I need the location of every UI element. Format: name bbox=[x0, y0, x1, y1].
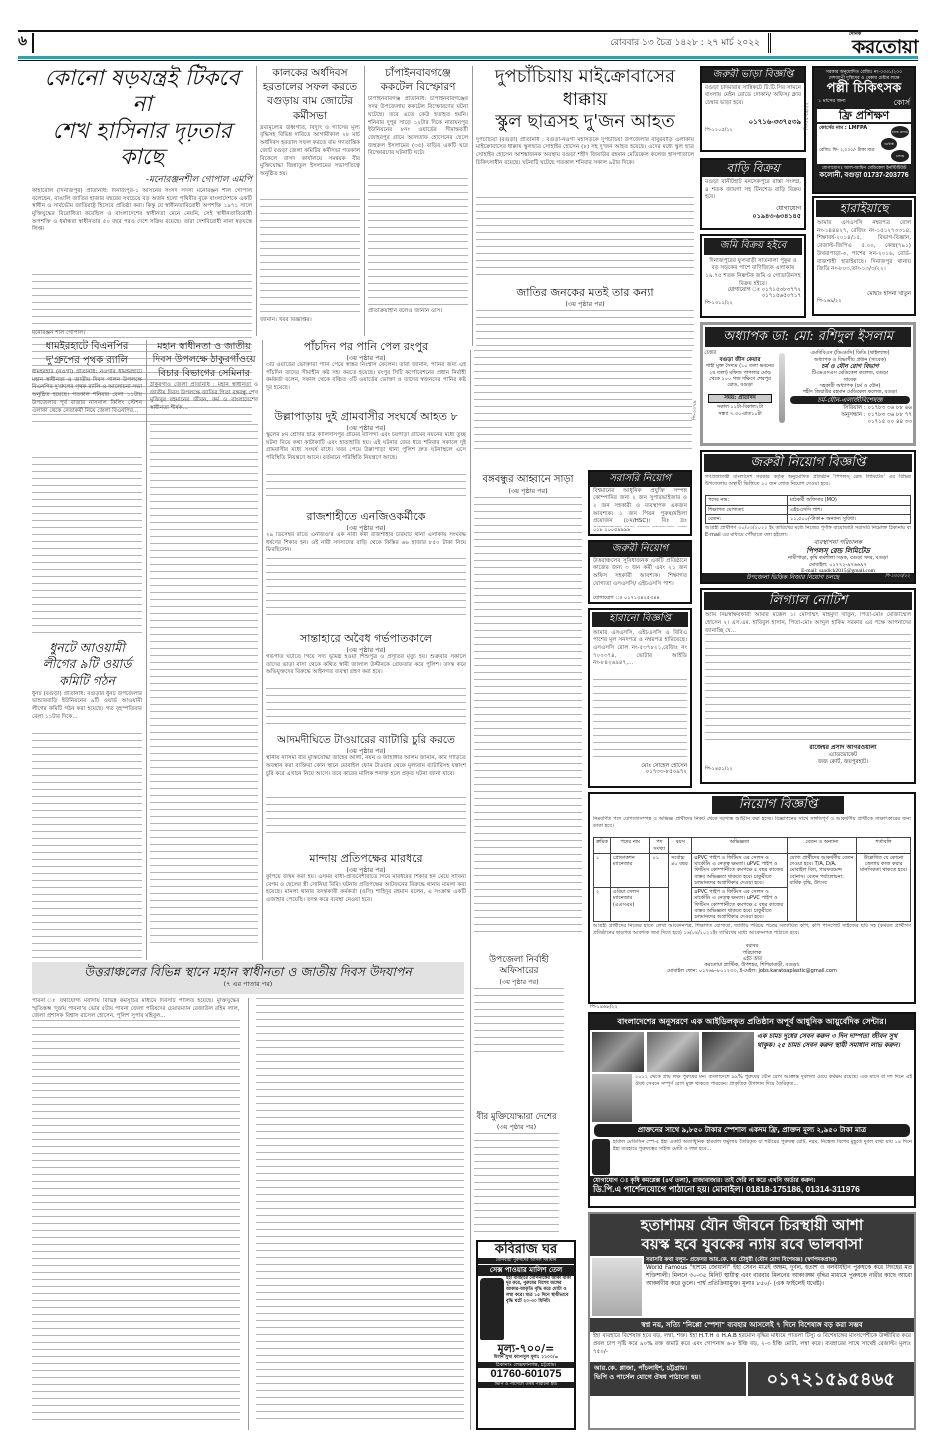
ad-legal-notice-title: লিগ্যাল নোটিশ bbox=[704, 592, 912, 610]
dhunat-headline[interactable]: ধুনটে আওয়ামী লীগের ৯টি ওয়ার্ড কমিটি গঠ… bbox=[32, 640, 142, 689]
ad-doctor-specialty: চর্ম-যৌন-এলার্জীবিশেষজ্ঞ bbox=[790, 396, 910, 404]
cell-count: ০১ bbox=[650, 853, 669, 887]
cocktail-headline[interactable]: চাঁপাইনবাবগঞ্জে ককটেল বিস্ফোরণ bbox=[368, 66, 468, 94]
ad-doctor-body: চেম্বার বগুড়া জীন কেয়ার শাহী মুক্ত সৈদ… bbox=[703, 349, 913, 427]
bangabandhu-body bbox=[474, 497, 582, 937]
dhamoirhat-lede: ধামইরহাট (নওগাঁ) প্রতিনিধি: নওগাঁর ধামইর… bbox=[32, 369, 142, 455]
cocktail-closing: প্রতিক্রিয়াহীন বলেও জানান ওসি। bbox=[368, 308, 468, 316]
bangabandhu-continued: (৩য় পৃষ্ঠার পর) bbox=[474, 487, 582, 495]
ad-lost-2-title: হারানো বিজ্ঞপ্তি bbox=[592, 612, 688, 627]
ad-ayurvedic-body-row: ২০১২ থেকে প্রায় লক্ষ পুরুষের মন। বাংলাদ… bbox=[590, 1074, 914, 1122]
ad-urgent-hiring[interactable]: জরুরী নিয়োগ বিজ্ঞপ্তি গণপ্রজাতন্ত্রী বা… bbox=[700, 450, 916, 584]
story-bangabandhu: বঙ্গবন্ধুর আহ্বানে সাড়া (৩য় পৃষ্ঠার পর… bbox=[474, 474, 582, 954]
ad-land-title: জমি বিক্রয় হইবে bbox=[704, 238, 802, 255]
adamdighi-headline[interactable]: আদমদীঘিতে টাওয়ারের ব্যাটারি চুরি করতে bbox=[266, 734, 466, 747]
freedom-fighters-continued: (৩য় পৃষ্ঠার পর) bbox=[474, 1123, 559, 1131]
ad-lost-2[interactable]: হারানো বিজ্ঞপ্তি আমার এসএসসি, এইচএসসি ও … bbox=[588, 608, 692, 788]
lead-headline-line1[interactable]: কোনো ষড়যন্ত্রই টিকবে না bbox=[32, 66, 252, 119]
upazila-body bbox=[474, 988, 564, 1058]
story-freedom-fighters: বীর মুক্তিযোদ্ধারা দেশের (৩য় পৃষ্ঠার পর… bbox=[474, 1112, 559, 1232]
ad-palli-badge-1: হাতে কলমে bbox=[891, 126, 909, 138]
ad-palli-duration-row: ১ মাসের জন্য কোর্স bbox=[814, 98, 914, 108]
bangabandhu-headline[interactable]: বঙ্গবন্ধুর আহ্বানে সাড়া bbox=[474, 474, 582, 487]
hartal-closing: জানান। খবর বিজ্ঞপ্তির। bbox=[260, 317, 360, 325]
ad-doctor-info: এমবিবিএস (ডিএমসি) ডিডি (থাইল্যান্ড) অধ্য… bbox=[787, 349, 913, 427]
column-rule bbox=[262, 340, 263, 960]
ad-lost-2-name: মোঃ সোহেল হোসেন bbox=[590, 763, 690, 770]
ad-urgent-hiring-row: বেতন:১১,৫০০/-টাকা+ অন্যান্য সুবিধা। bbox=[706, 514, 911, 523]
ad-land-ref: পি-১৩১১/২২ bbox=[702, 300, 804, 306]
ad-palli-free: ফ্রি প্রশিক্ষণ bbox=[817, 109, 911, 123]
ad-urgent-hiring-2[interactable]: জরুরী নিয়োগ উত্তরাঞ্চলের সুবিধাজনক একটি… bbox=[588, 540, 692, 604]
ad-legal-notice-court: জজ কোর্ট, জয়পুরহাট। bbox=[772, 759, 914, 766]
page-number: ৬ bbox=[18, 33, 27, 51]
job-table-row: ১ প্রোডাকশন ম্যানেজার ০১ সর্বোচ্চ ৪০ বছর… bbox=[594, 853, 911, 887]
ad-legal-notice-body bbox=[705, 634, 911, 744]
dhunat-lede: ধুনট (বগুড়া) প্রতিনিধি: বগুড়ার ধুনট উপ… bbox=[32, 691, 142, 731]
row-label: বেতন: bbox=[706, 514, 788, 523]
ad-house[interactable]: বাড়ি বিক্রয় বগুড়া বানীটহাট মনসেকপুরে … bbox=[700, 158, 806, 230]
ad-land-phone2: ০১৭১৫৬৫০৭১৭ bbox=[702, 293, 804, 300]
ad-kabiraj-body: ইহা ব্যবহারে গোপনাঙ্গের আঁকা বাঁকা দূর ক… bbox=[506, 1276, 574, 1338]
ad-doctor-serial: সিরিয়াল : ০১৭৮৩ ৩৬ ৮৮ ৬৬ bbox=[788, 405, 912, 412]
ad-kabiraj-subtitle: যৌনবাহী পুরুষদের আসল সমাধান bbox=[478, 1258, 574, 1264]
adamdighi-continued: (৩য় পৃষ্ঠার পর) bbox=[266, 747, 466, 755]
ad-urgent-hiring-row: পদের নাম:মাঠকর্মী অফিসার (MO) bbox=[706, 496, 911, 505]
ad-herbal-banner: স্বপ্ন নয়, সত্যি "নিপ্পো স্পেশা" ব্যবহা… bbox=[590, 1318, 914, 1333]
ad-urgent-hiring-footer: উপজেলা ভিত্তিক নিজার নিয়োগ চলছে পি-১৩০৩… bbox=[702, 573, 914, 583]
ad-ayurvedic-phones: ডি.পি.এ পার্শেলযোগে পাঠানো হয়। মোবাইল। … bbox=[593, 1184, 911, 1195]
ad-doctor-time-label: সময়: প্রতিদিন bbox=[708, 394, 772, 403]
ad-direct-hiring-text: বিশ্বমানের আধুনিক প্রযুক্তি সম্পন্ন কোম্… bbox=[590, 487, 690, 527]
story-dhamoirhat: ধামইরহাটে বিএনপির দু'গ্রুপের পৃথক র‌্যাল… bbox=[32, 340, 142, 640]
rangpur-text: ৩টি ওয়ার্ডের ভোক্তারা পানি পেয়ে স্বস্ত… bbox=[266, 362, 466, 406]
story-upazila: উপজেলা নির্বাহী অফিসারের (৩য় পৃষ্ঠার পর… bbox=[474, 955, 564, 1055]
ad-urgent-hiring-2-title: জরুরী নিয়োগ bbox=[590, 542, 690, 557]
job-table-header: ক্রমিক পদের নাম পদ সংখ্যা বয়স অভিজ্ঞতা … bbox=[594, 838, 911, 854]
ad-palli-ref: পি-১৫৭৯/২২ bbox=[804, 70, 810, 130]
ad-doctor-chamber-name: বগুড়া জীন কেয়ার bbox=[704, 357, 776, 364]
ad-job-notice-footer: আগ্রহী প্রার্থীদের নিজের হাতে লেখা আবেদন… bbox=[590, 923, 914, 943]
ad-job-notice-intro: নিম্নবর্ণিত পদে যোগ্যতাসম্পন্ন ও অভিজ্ঞ … bbox=[590, 816, 914, 836]
ullapara-continued: (৩য় পৃষ্ঠার পর) bbox=[266, 424, 466, 432]
upazila-headline[interactable]: উপজেলা নির্বাহী অফিসারের bbox=[474, 955, 564, 978]
thakurgaon-headline[interactable]: মহান স্বাধীনতা ও জাতীয় দিবস উপলক্ষে ঠাক… bbox=[150, 340, 258, 380]
masthead-rule-top bbox=[18, 30, 918, 32]
ad-ayurvedic-price: প্রাক্তনের সাথে ৯,৮৫০ টাকার স্পেশাল একদম… bbox=[594, 1124, 910, 1137]
ad-herbal-text: সরাসরি কথা বলুন- প্রফেসর আর.কে. ধর চৌধুর… bbox=[644, 1256, 914, 1318]
mandah-text: কুপিয়ে জখম করা হয়। এসময় বাধা-প্রতিবেশ… bbox=[266, 874, 466, 932]
story-adamdighi: আদমদীঘিতে টাওয়ারের ব্যাটারি চুরি করতে (… bbox=[266, 734, 466, 844]
ad-rent-text: বগুড়া চাদমারার সান্নিকটে টি.টি.সির সামন… bbox=[702, 83, 804, 119]
lead-headline-line2[interactable]: শেখ হাসিনার দৃঢ়তার কাছে bbox=[32, 119, 252, 172]
story-thakurgaon: মহান স্বাধীনতা ও জাতীয় দিবস উপলক্ষে ঠাক… bbox=[150, 340, 258, 955]
lead-closing: মনোরঞ্জন শীল গোপাল। bbox=[32, 330, 142, 338]
thakurgaon-body bbox=[150, 424, 258, 944]
masthead-rule-accent bbox=[18, 56, 918, 59]
ad-herbal[interactable]: হতাশাময় যৌন জীবনে চিরস্থায়ী আশা বয়স্ক… bbox=[588, 1212, 916, 1430]
story-daughter: জাতির জনকের মতই তার কন্যা (৩য় পৃষ্ঠার প… bbox=[476, 286, 694, 346]
ad-ayurvedic-tagline: এক চামচ দুধের সেবন করুন ৩ দিন দাম্পত্য জ… bbox=[757, 1032, 912, 1072]
ad-urgent-hiring-2-text: উত্তরাঞ্চলের সুবিধাজনক একটি প্রতিষ্ঠানে … bbox=[590, 557, 690, 595]
ad-urgent-hiring-row: শিক্ষাগত যোগ্যতা:এইচএসসি পাশ। bbox=[706, 505, 911, 514]
header-cell: শর্তাবলি bbox=[857, 838, 911, 854]
ad-ayurvedic-body-row-2: হার্বাল মেডিসিন স্পে-৫ ইহা একটি অত্যাধুন… bbox=[590, 1139, 914, 1175]
cocktail-body bbox=[368, 178, 468, 308]
cell-age: সর্বোচ্চ ৪০ বছর bbox=[669, 853, 692, 922]
ad-kabiraj-title: কবিরাজ ঘর bbox=[478, 1242, 574, 1258]
thakurgaon-lede: ঠাকুরগাঁও জেলা প্রতিনিধি : মহান স্বাধীনত… bbox=[150, 382, 258, 422]
ad-urgent-hiring-note: আগ্রহী প্রার্থীগণ ৩০/০৩/২০২২ ইং তারিখের … bbox=[702, 525, 914, 539]
ad-legal-notice-ref: পি-১৪৫১/২২ bbox=[702, 766, 914, 772]
ad-herbal-headline-1: হতাশাময় যৌন জীবনে চিরস্থায়ী আশা bbox=[590, 1216, 914, 1235]
ad-ayurvedic-body-2: হার্বাল মেডিসিন স্পে-৫ ইহা একটি অত্যাধুন… bbox=[613, 1139, 912, 1175]
north-column-2 bbox=[256, 998, 464, 1430]
ad-job-notice-contact[interactable]: মোবাইল ফোন: ০১৭৬৮-৮০১২৩৩, ই-মেইল: jobs.k… bbox=[590, 968, 914, 974]
ad-doctor-ref: পি-৩৩৭৯ bbox=[692, 380, 698, 420]
ad-lost[interactable]: হারাইয়াছে আমার এসএসসি নম্বরপত্র রোল নং-… bbox=[812, 196, 916, 316]
ad-urgent-hiring-company: পিপলস্ রেন্ড লিমিটেড bbox=[762, 547, 914, 556]
product-photo bbox=[592, 1139, 610, 1175]
masthead-divider bbox=[768, 33, 771, 53]
adamdighi-body bbox=[266, 797, 466, 833]
lead-story: কোনো ষড়যন্ত্রই টিকবে না শেখ হাসিনার দৃঢ… bbox=[32, 66, 252, 336]
ad-direct-hiring[interactable]: সরাসরি নিয়োগ বিশ্বমানের আধুনিক প্রযুক্ত… bbox=[588, 470, 692, 536]
ad-doctor-title: অধ্যাপক ডা: মো: রশিদুল ইসলাম bbox=[705, 327, 911, 347]
ad-land[interactable]: জমি বিক্রয় হইবে দিনাজপুরের ফুলবাড়ী সাত… bbox=[700, 234, 806, 318]
ad-kabiraj-delivery: ভিপি ও পার্সেলে ঔষধ পাঠানো হয়। bbox=[478, 1382, 574, 1388]
ad-legal-notice-title2: এ্যাডভোকেট bbox=[772, 752, 914, 759]
ad-herbal-body-2: ইহা ব্যবহারে বিশেষাঙ্গ হবে বড়, লম্বা, শ… bbox=[590, 1332, 914, 1362]
ad-urgent-hiring-table: পদের নাম:মাঠকর্মী অফিসার (MO) শিক্ষাগত য… bbox=[705, 495, 911, 524]
ad-rent-ref: পি-১২০৫/২২ bbox=[702, 127, 804, 134]
ad-land-text: দিনাজপুরের ফুলবাড়ী সাতনালা পুকুর ও বড় … bbox=[702, 257, 804, 287]
ad-doctor-college2: শহীদ জিয়াউর রহমান মেডিকেল কলেজ, বগুড়া bbox=[788, 389, 912, 395]
row-value: এইচএসসি পাশ। bbox=[788, 505, 911, 514]
photo bbox=[647, 1032, 699, 1072]
ad-ayurvedic[interactable]: বাংলাদেশের অনুসরণে এক আইডিলকৃত প্রতিষ্ঠা… bbox=[588, 1012, 916, 1208]
ad-doctor-pillar-graphic bbox=[779, 353, 785, 423]
dhunat-body bbox=[32, 733, 142, 963]
rajshahi-headline[interactable]: রাজশাহীতে এনজিওকর্মীকে bbox=[266, 510, 466, 524]
microbus-headline-line1[interactable]: দুপচাঁচিয়ায় মাইক্রোবাসের ধাক্কায় bbox=[476, 66, 694, 111]
story-bangabandhu-text-top bbox=[474, 350, 692, 450]
ad-rent-title: জরুরী ভাড়া বিজ্ঞপ্তি bbox=[702, 68, 804, 83]
santahar-headline[interactable]: সান্তাহারে অবৈধ গর্ভপাতকালে bbox=[266, 632, 466, 646]
ad-job-notice[interactable]: নিয়োগ বিজ্ঞপ্তি নিম্নবর্ণিত পদে যোগ্যতা… bbox=[588, 792, 916, 1004]
ad-direct-hiring-title: সরাসরি নিয়োগ bbox=[590, 472, 690, 487]
ad-kabiraj-product: সেক্স পাওয়ার মালিশ তেল bbox=[478, 1265, 574, 1276]
ad-job-notice-title: নিয়োগ বিজ্ঞপ্তি bbox=[712, 796, 844, 814]
header-cell: অভিজ্ঞতা bbox=[692, 838, 787, 854]
ad-palli-title: পল্লী চিকিৎসক bbox=[814, 81, 914, 97]
north-column-1: পাবনা ঃ যথাযোগ্য মর্যাদায় বিভিন্ন কর্মস… bbox=[32, 998, 240, 1430]
column-rule bbox=[256, 66, 257, 336]
story-north-body: পাবনা ঃ যথাযোগ্য মর্যাদায় বিভিন্ন কর্মস… bbox=[32, 998, 464, 1430]
story-cocktail: চাঁপাইনবাবগঞ্জে ককটেল বিস্ফোরণ চাঁপাইনবা… bbox=[368, 66, 468, 336]
rangpur-continued: (৩য় পৃষ্ঠার পর) bbox=[266, 354, 466, 362]
adamdighi-text: স্থানীয় নাসিমা বীর মুক্তিযোদ্ধা জাহের আ… bbox=[266, 755, 466, 797]
photo bbox=[702, 1032, 754, 1072]
ad-land-phone1: যোগাযোগ ঃ ০১৭১৫৩৮৩৭৭২ bbox=[702, 287, 804, 294]
ad-herbal-header: হতাশাময় যৌন জীবনে চিরস্থায়ী আশা বয়স্ক… bbox=[590, 1214, 914, 1256]
ullapara-headline[interactable]: উল্লাপাড়ায় দুই গ্রামবাসীর সংঘর্ষে আহত … bbox=[266, 410, 466, 424]
ad-lost-ref: পি-১৬৯/২২ bbox=[814, 298, 914, 304]
story-north-banner: উত্তরাঞ্চলের বিভিন্ন স্থানে মহান স্বাধীন… bbox=[32, 962, 464, 994]
column-rule bbox=[248, 998, 249, 1430]
ad-ayurvedic-banner: বাংলাদেশের অনুসরণে এক আইডিলকৃত প্রতিষ্ঠা… bbox=[590, 1014, 914, 1030]
cell-post: এরিয়া সেলস ম্যানেজার (এএসএম) bbox=[610, 888, 650, 922]
ad-rent[interactable]: জরুরী ভাড়া বিজ্ঞপ্তি বগুড়া চাদমারার সা… bbox=[700, 66, 806, 152]
cell-experience: uPVC পাইপ ও ফিটিংস এর সেলস ও মার্কেটিং এ… bbox=[692, 853, 787, 887]
upazila-continued: (৩য় পৃষ্ঠার পর) bbox=[474, 978, 564, 986]
ad-direct-hiring-phone: ০১৮ ২০০৫৯৯৯৯ bbox=[590, 527, 690, 533]
ad-lost-title: হারাইয়াছে bbox=[816, 200, 912, 217]
ad-kabiraj-body-row: ইহা ব্যবহারে গোপনাঙ্গের আঁকা বাঁকা দূর ক… bbox=[478, 1276, 574, 1342]
header-cell: পদ সংখ্যা bbox=[650, 838, 669, 854]
dhamoirhat-headline[interactable]: ধামইরহাটে বিএনপির দু'গ্রুপের পৃথক র‌্যাল… bbox=[32, 340, 142, 367]
bottle-icon bbox=[480, 1278, 504, 1340]
ad-lost-2-body bbox=[593, 679, 687, 763]
microbus-headline-line2[interactable]: স্কুল ছাত্রসহ দু'জন আহত bbox=[476, 111, 694, 134]
ad-herbal-footer-left: আর.কে. প্লাজা, পাঁচলাইশ, চট্টগ্রাম। ভিপি… bbox=[590, 1362, 746, 1396]
ad-house-title: বাড়ি বিক্রয় bbox=[702, 160, 804, 177]
cell-no: ১ bbox=[594, 853, 611, 887]
daughter-headline[interactable]: জাতির জনকের মতই তার কন্যা bbox=[476, 286, 694, 300]
ad-house-text: বগুড়া বানীটহাট মনসেকপুরে রাস্তা সংলগ্ন,… bbox=[702, 177, 804, 205]
hartal-headline[interactable]: কালকের অর্ধদিবস হরতালের সফল করতে বগুড়ায… bbox=[260, 66, 360, 123]
cocktail-lede: চাঁপাইনবাবগঞ্জ প্রতিনিধি: চাঁপাইনবাবগঞ্জ… bbox=[368, 96, 468, 176]
ad-legal-notice-text: আমি নিম্নস্বাক্ষরকারী আমার মক্কেল ১। মোস… bbox=[702, 612, 914, 634]
lead-lede: কাহারোল (দিনাজপুর) প্রতিনিধি: দিনাজপুর-১… bbox=[32, 188, 252, 272]
north-body-1 bbox=[32, 1020, 240, 1424]
ad-job-notice-table: ক্রমিক পদের নাম পদ সংখ্যা বয়স অভিজ্ঞতা … bbox=[593, 837, 911, 922]
santahar-text: গর্ভপাত ঘটাতে গিয়ে সদ্য ভূমিষ্ঠ হওয়া শ… bbox=[266, 654, 466, 688]
north-body-2 bbox=[256, 998, 464, 1424]
story-dhunat: ধুনটে আওয়ামী লীগের ৯টি ওয়ার্ড কমিটি গঠ… bbox=[32, 640, 142, 960]
ad-urgent-hiring-intro: গণপ্রজাতন্ত্রী বাংলাদেশ সরকার কর্তৃক অনু… bbox=[702, 474, 914, 494]
ad-kabiraj[interactable]: কবিরাজ ঘর যৌনবাহী পুরুষদের আসল সমাধান সে… bbox=[476, 1240, 576, 1430]
north-lede: পাবনা ঃ যথাযোগ্য মর্যাদায় বিভিন্ন কর্মস… bbox=[32, 998, 240, 1020]
ad-herbal-phone: ০১৭২১৫৯৫৪৬৫ bbox=[748, 1362, 914, 1396]
mandah-continued: (৩য় পৃষ্ঠার পর) bbox=[266, 866, 466, 874]
hartal-body bbox=[260, 199, 360, 317]
ad-ayurvedic-contact-bar: যোগাযোগ ঃ কৃষি কমপ্লেক্স (৪র্থ তলা), রাজ… bbox=[590, 1176, 914, 1196]
microbus-lede: দুপচাঁচিয়া (বগুড়া) প্রতিনিধি : বগুড়া-… bbox=[476, 137, 694, 195]
row-value: মাঠকর্মী অফিসার (MO) bbox=[788, 496, 911, 505]
issue-date: রোববার ১৩ চৈত্র ১৪২৮ : ২৭ মার্চ ২০২২ bbox=[300, 38, 760, 49]
ad-palli-duration: ১ মাসের জন্য bbox=[818, 98, 846, 108]
column-rule bbox=[364, 66, 365, 336]
story-ullapara: উল্লাপাড়ায় দুই গ্রামবাসীর সংঘর্ষে আহত … bbox=[266, 410, 466, 510]
ad-house-phone: ০১৯৪৩-৬৩৪১৪৫ bbox=[702, 213, 804, 221]
cell-no: ২ bbox=[594, 888, 611, 922]
row-value: ১১,৫০০/-টাকা+ অন্যান্য সুবিধা। bbox=[788, 514, 911, 523]
freedom-fighters-body bbox=[474, 1133, 559, 1233]
ad-job-notice-ref: পি-১৪৬৮/২২ bbox=[590, 1004, 618, 1010]
cell-count bbox=[650, 888, 669, 922]
ad-palli-top: সরকার অনুমোদিত রেজিঃ নং-০৩৩১/২০০ bbox=[814, 68, 914, 76]
rajshahi-text: ২৯ ডিসেম্বর রাতে এনজিও'র এক নারী কর্মী র… bbox=[266, 532, 466, 558]
ad-urgent-hiring-2-phone: যোগাযোগ ঃ ০১৭১৩৪২৫৩৪৪ bbox=[590, 595, 690, 601]
cell-terms: উল্লেখিত যে কোনো জেলায় কাজ করার মানসিকত… bbox=[857, 853, 911, 922]
ad-lost-2-phone: ০১৭৩৩-৮৫০৯৭২ bbox=[590, 769, 690, 776]
cell-experience: uPVC পাইপ ও ফিটিংস এর সেলস ও মার্কেটিং এ… bbox=[692, 888, 787, 922]
ad-urgent-hiring-ref: পি-১৩০৩/২২ bbox=[885, 574, 910, 582]
ullapara-body bbox=[266, 474, 466, 502]
hartal-lede: দ্রব্যমূল্যের ঊর্ধ্বগতি, বিদ্যুৎ ও গ্যাস… bbox=[260, 125, 360, 197]
rajshahi-body bbox=[266, 558, 466, 620]
ad-ayurvedic-body: ২০১২ থেকে প্রায় লক্ষ পুরুষের মন। বাংলাদ… bbox=[635, 1074, 912, 1122]
photo bbox=[592, 1032, 644, 1072]
story-mandah: মান্দায় প্রতিপক্ষের মারধরে (৩য় পৃষ্ঠার… bbox=[266, 852, 466, 958]
header-cell: ক্রমিক bbox=[594, 838, 611, 854]
mandah-headline[interactable]: মান্দায় প্রতিপক্ষের মারধরে bbox=[266, 852, 466, 866]
north-headline[interactable]: উত্তরাঞ্চলের বিভিন্ন স্থানে মহান স্বাধীন… bbox=[32, 962, 464, 980]
ad-urgent-hiring-signer: ব্যবস্থাপনা পরিচালক bbox=[762, 539, 914, 547]
ad-urgent-hiring-footer-text: উপজেলা ভিত্তিক নিজার নিয়োগ চলছে bbox=[746, 574, 839, 582]
ad-lost-2-text: আমার এসএসসি, এইচএসসি ও বিবিএ পাশের মূল স… bbox=[590, 629, 690, 679]
ad-rent-phone: ০১৭১৬-৩৩৭৫৩৯ bbox=[702, 119, 804, 128]
ad-kabiraj-phone: 01760-601075 bbox=[478, 1368, 574, 1382]
ad-legal-notice[interactable]: লিগ্যাল নোটিশ আমি নিম্নস্বাক্ষরকারী আমার… bbox=[700, 588, 916, 784]
santahar-continued: (৩য় পৃষ্ঠার পর) bbox=[266, 646, 466, 654]
ad-palli-chikitsak[interactable]: সরকার অনুমোদিত রেজিঃ নং-০৩৩১/২০০ দেশব্যা… bbox=[812, 66, 916, 194]
ad-kabiraj-note: মিলন সুখা ক্যাপসুল মূল্য: ১১০০/= bbox=[478, 1355, 574, 1361]
ad-doctor-enquiry2: ০১৭১৫ ০০ ৪৪ ৩৩ bbox=[788, 419, 912, 426]
ad-kabiraj-price: মূল্য-৭০০/= bbox=[478, 1342, 574, 1356]
microbus-body bbox=[476, 197, 694, 275]
ad-lost-name: মোছাঃ হাসনা খাতুন bbox=[814, 291, 914, 298]
masthead-rule-bottom bbox=[18, 60, 918, 61]
ad-palli-badge-3: চলছে bbox=[891, 150, 909, 162]
doctor-photo bbox=[592, 1258, 642, 1316]
ad-herbal-body: World Famous "হাশমে জোয়ানী" ইহা সেবন মা… bbox=[644, 1264, 914, 1312]
header-cell: বয়স bbox=[669, 838, 692, 854]
column-rule bbox=[472, 66, 473, 346]
ad-herbal-address: আর.কে. প্লাজা, পাঁচলাইশ, চট্টগ্রাম। bbox=[594, 1364, 742, 1373]
story-santahar: সান্তাহারে অবৈধ গর্ভপাতকালে (৩য় পৃষ্ঠার… bbox=[266, 632, 466, 732]
ad-herbal-delivery: ভিপি ও পার্সেল যোগে ঔষধ পাঠানো হয়। bbox=[594, 1373, 742, 1382]
header-cell: বেতন ও অন্যান্য bbox=[787, 838, 857, 854]
masthead-divider bbox=[32, 33, 34, 53]
ad-herbal-body-row: সরাসরি কথা বলুন- প্রফেসর আর.কে. ধর চৌধুর… bbox=[590, 1256, 914, 1318]
daughter-continued: (৩য় পৃষ্ঠার পর) bbox=[476, 300, 694, 308]
lead-byline: -মনোরঞ্জনশীল গোপাল এমপি bbox=[32, 175, 252, 186]
ad-doctor-time2: সন্ধ্যা ৭.৩০-রাত১০টা bbox=[704, 411, 776, 417]
ad-herbal-footer: আর.কে. প্লাজা, পাঁচলাইশ, চট্টগ্রাম। ভিপি… bbox=[590, 1362, 914, 1396]
rajshahi-continued: (৩য় পৃষ্ঠার পর) bbox=[266, 524, 466, 532]
dhamoirhat-body bbox=[32, 457, 142, 633]
ad-palli-details: কোর্সের নাম : LMFPA রেজিঃ ফি- ২,০০০/- টা… bbox=[817, 124, 911, 164]
column-rule bbox=[470, 350, 471, 1430]
ad-palli-course: কোর্স bbox=[894, 98, 910, 108]
ad-lost-text: আমার এসএসসি নম্বরপত্র রোল নং-১৪৪৪২৭, রেজ… bbox=[814, 219, 914, 291]
story-rangpur: পাঁচদিন পর পানি পেল রংপুর (৩য় পৃষ্ঠার প… bbox=[266, 340, 466, 410]
ad-legal-notice-lawyer: রাজেশ্বর প্রসাদ আগরওয়ালা bbox=[772, 744, 914, 752]
story-microbus: দুপচাঁচিয়ায় মাইক্রোবাসের ধাক্কায় স্কু… bbox=[476, 66, 694, 286]
santahar-body bbox=[266, 688, 466, 724]
column-rule bbox=[146, 340, 147, 960]
ad-doctor-enquiry: অনুসন্ধান : ০১৭৮৩ ৩৬ ৮৮ ৭৭ bbox=[788, 412, 912, 419]
ad-ayurvedic-photos: এক চামচ দুধের সেবন করুন ৩ দিন দাম্পত্য জ… bbox=[590, 1030, 914, 1074]
story-rajshahi: রাজশাহীতে এনজিওকর্মীকে (৩য় পৃষ্ঠার পর) … bbox=[266, 510, 466, 630]
ad-herbal-doctor: সরাসরি কথা বলুন- প্রফেসর আর.কে. ধর চৌধুর… bbox=[644, 1256, 914, 1265]
cell-post: প্রোডাকশন ম্যানেজার bbox=[610, 853, 650, 887]
ullapara-text: স্কুলের ৮ম শ্রেণির ছাত্র কালিদাসপুর গ্রা… bbox=[266, 432, 466, 474]
ad-house-contact: যোগাযোগ bbox=[702, 205, 804, 213]
story-hartal: কালকের অর্ধদিবস হরতালের সফল করতে বগুড়ায… bbox=[260, 66, 360, 336]
ad-doctor[interactable]: অধ্যাপক ডা: মো: রশিদুল ইসলাম চেম্বার বগু… bbox=[700, 322, 916, 446]
north-continued: (৭ এর পাতার পর) bbox=[32, 980, 464, 988]
product-photo bbox=[592, 1074, 632, 1122]
row-label: পদের নাম: bbox=[706, 496, 788, 505]
ad-doctor-chamber: চেম্বার বগুড়া জীন কেয়ার শাহী মুক্ত সৈদ… bbox=[703, 349, 777, 427]
daughter-body bbox=[476, 310, 694, 350]
ad-palli-phone: কলোনী, বগুড়া 01737-203776 bbox=[814, 172, 914, 181]
freedom-fighters-headline[interactable]: বীর মুক্তিযোদ্ধারা দেশের bbox=[474, 1112, 559, 1123]
cell-salary: যোগ্য প্রার্থীদের আকর্ষণীয় বেতন দেওয়া … bbox=[787, 853, 857, 922]
rangpur-headline[interactable]: পাঁচদিন পর পানি পেল রংপুর bbox=[266, 340, 466, 354]
ad-herbal-headline-2: বয়স্ক হবে যুবকের ন্যায় রবে ভালবাসা bbox=[590, 1235, 914, 1254]
ad-doctor-chamber-addr: শাহী মুক্ত সৈদ্যম (১০ তলা ভবনের ২য় তলা)… bbox=[704, 363, 776, 393]
bangabandhu-top-body bbox=[474, 350, 692, 450]
header-cell: পদের নাম bbox=[610, 838, 650, 854]
row-label: শিক্ষাগত যোগ্যতা: bbox=[706, 505, 788, 514]
ad-urgent-hiring-title: জরুরী নিয়োগ বিজ্ঞপ্তি bbox=[704, 454, 912, 472]
